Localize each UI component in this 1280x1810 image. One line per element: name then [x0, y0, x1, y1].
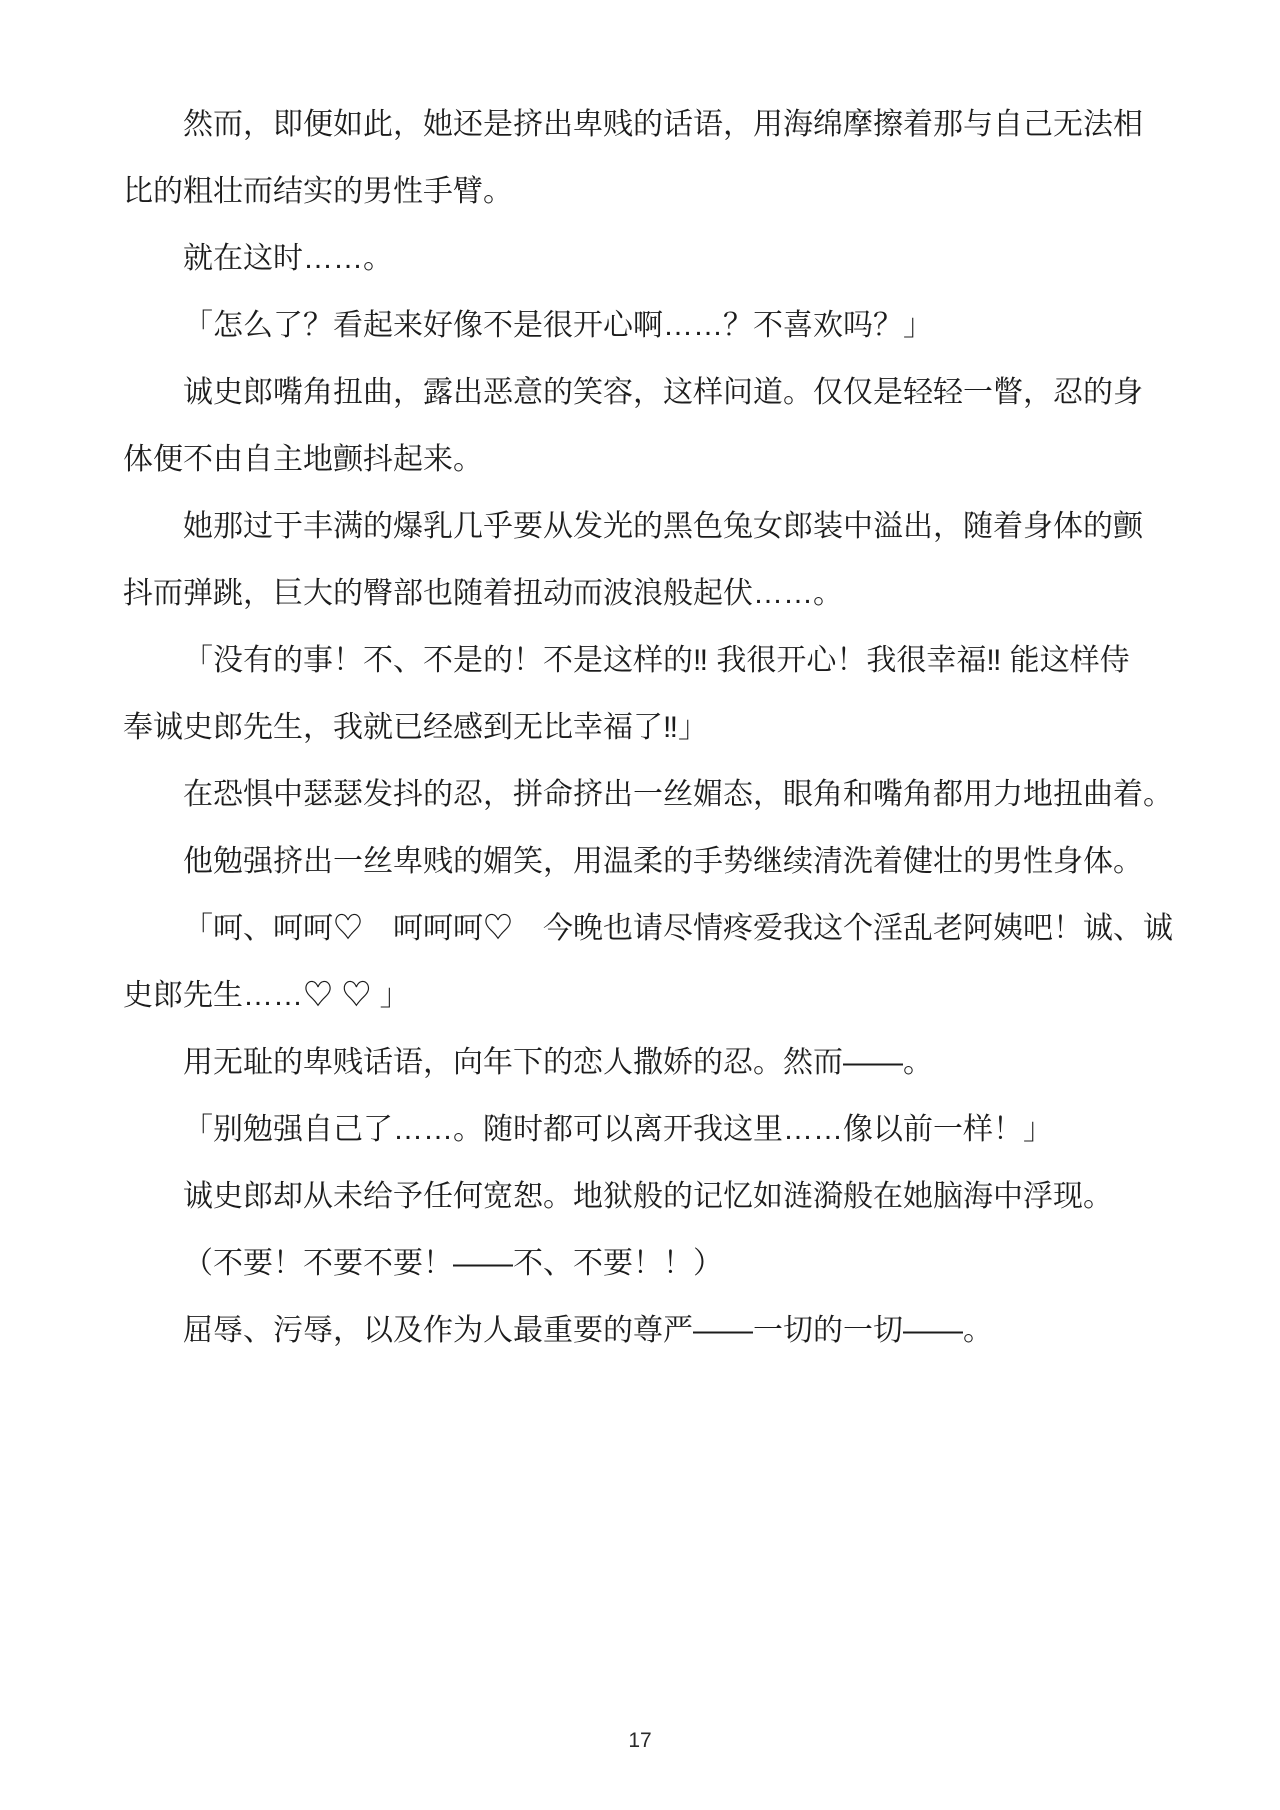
text-line: 屈辱、污辱，以及作为人最重要的尊严——一切的一切——。 [123, 1297, 1183, 1364]
text-line: 诚史郎嘴角扭曲，露出恶意的笑容，这样问道。仅仅是轻轻一瞥，忍的身 [123, 359, 1183, 426]
paragraph: 屈辱、污辱，以及作为人最重要的尊严——一切的一切——。 [123, 1297, 1183, 1364]
text-line: 比的粗壮而结实的男性手臂。 [123, 158, 1183, 225]
paragraph: 「怎么了？看起来好像不是很开心啊……？不喜欢吗？」 [123, 292, 1183, 359]
text-line: 「别勉强自己了……。随时都可以离开我这里……像以前一样！」 [123, 1096, 1183, 1163]
paragraph: 诚史郎嘴角扭曲，露出恶意的笑容，这样问道。仅仅是轻轻一瞥，忍的身 体便不由自主地… [123, 359, 1183, 493]
page-number: 17 [0, 1726, 1280, 1756]
paragraph: （不要！不要不要！——不、不要！！） [123, 1230, 1183, 1297]
text-line: 体便不由自主地颤抖起来。 [123, 426, 1183, 493]
text-line: 他勉强挤出一丝卑贱的媚笑，用温柔的手势继续清洗着健壮的男性身体。 [123, 828, 1183, 895]
paragraph: 就在这时……。 [123, 225, 1183, 292]
paragraph: 她那过于丰满的爆乳几乎要从发光的黑色兔女郎装中溢出，随着身体的颤 抖而弹跳，巨大… [123, 493, 1183, 627]
text-line: 抖而弹跳，巨大的臀部也随着扭动而波浪般起伏……。 [123, 560, 1183, 627]
paragraph: 用无耻的卑贱话语，向年下的恋人撒娇的忍。然而——。 [123, 1029, 1183, 1096]
text-line: 奉诚史郎先生，我就已经感到无比幸福了‼」 [123, 694, 1183, 761]
paragraph: 「呵、呵呵♡ 呵呵呵♡ 今晚也请尽情疼爱我这个淫乱老阿姨吧！诚、诚 史郎先生……… [123, 895, 1183, 1029]
text-line: 「呵、呵呵♡ 呵呵呵♡ 今晚也请尽情疼爱我这个淫乱老阿姨吧！诚、诚 [123, 895, 1183, 962]
text-line: 诚史郎却从未给予任何宽恕。地狱般的记忆如涟漪般在她脑海中浮现。 [123, 1163, 1183, 1230]
text-line: 她那过于丰满的爆乳几乎要从发光的黑色兔女郎装中溢出，随着身体的颤 [123, 493, 1183, 560]
text-line: 用无耻的卑贱话语，向年下的恋人撒娇的忍。然而——。 [123, 1029, 1183, 1096]
document-page: 然而，即便如此，她还是挤出卑贱的话语，用海绵摩擦着那与自己无法相 比的粗壮而结实… [0, 0, 1280, 1810]
text-line: 就在这时……。 [123, 225, 1183, 292]
paragraph: 他勉强挤出一丝卑贱的媚笑，用温柔的手势继续清洗着健壮的男性身体。 [123, 828, 1183, 895]
paragraph: 然而，即便如此，她还是挤出卑贱的话语，用海绵摩擦着那与自己无法相 比的粗壮而结实… [123, 91, 1183, 225]
text-line: 「怎么了？看起来好像不是很开心啊……？不喜欢吗？」 [123, 292, 1183, 359]
text-line: 在恐惧中瑟瑟发抖的忍，拼命挤出一丝媚态，眼角和嘴角都用力地扭曲着。 [123, 761, 1183, 828]
text-line: （不要！不要不要！——不、不要！！） [123, 1230, 1183, 1297]
text-line: 史郎先生……♡ ♡ 」 [123, 962, 1183, 1029]
page-body: 然而，即便如此，她还是挤出卑贱的话语，用海绵摩擦着那与自己无法相 比的粗壮而结实… [123, 91, 1183, 1364]
text-line: 「没有的事！不、不是的！不是这样的‼ 我很开心！我很幸福‼ 能这样侍 [123, 627, 1183, 694]
text-line: 然而，即便如此，她还是挤出卑贱的话语，用海绵摩擦着那与自己无法相 [123, 91, 1183, 158]
paragraph: 「别勉强自己了……。随时都可以离开我这里……像以前一样！」 [123, 1096, 1183, 1163]
paragraph: 诚史郎却从未给予任何宽恕。地狱般的记忆如涟漪般在她脑海中浮现。 [123, 1163, 1183, 1230]
paragraph: 「没有的事！不、不是的！不是这样的‼ 我很开心！我很幸福‼ 能这样侍 奉诚史郎先… [123, 627, 1183, 761]
paragraph: 在恐惧中瑟瑟发抖的忍，拼命挤出一丝媚态，眼角和嘴角都用力地扭曲着。 [123, 761, 1183, 828]
